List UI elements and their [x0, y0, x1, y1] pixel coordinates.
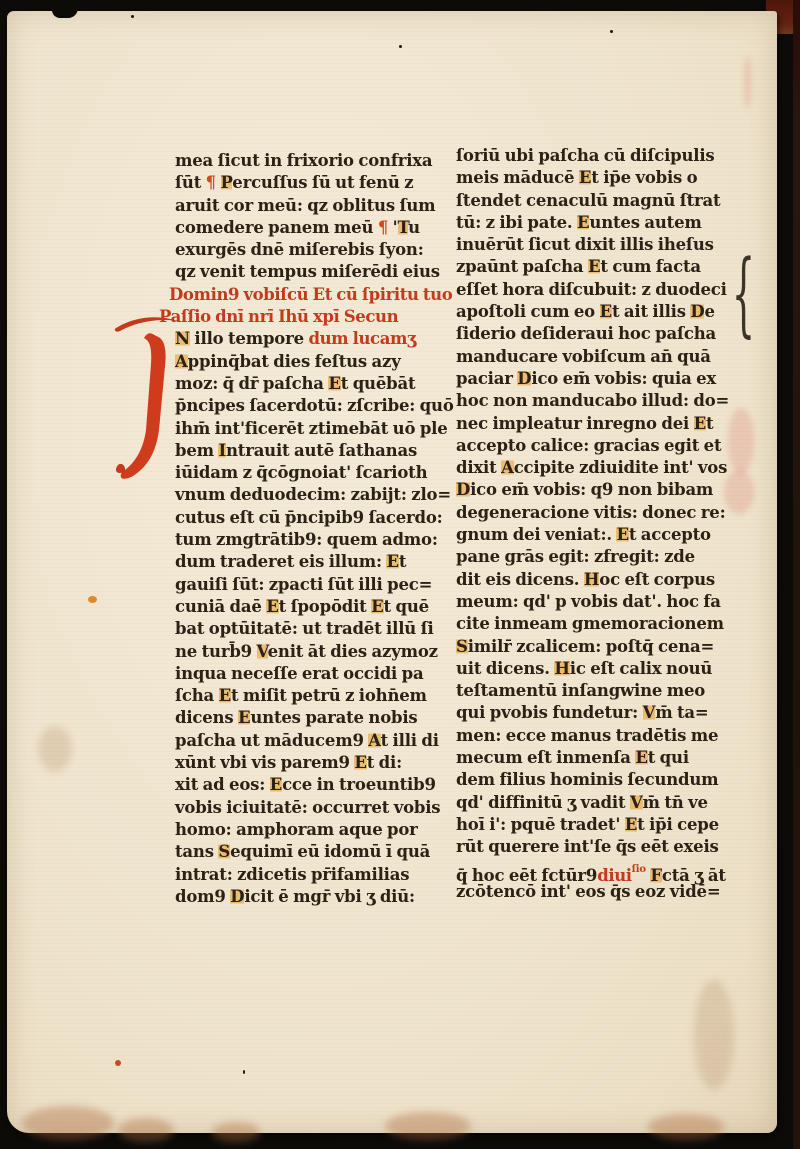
- text-line: p̄ncipes ſacerdotū: zſcribe: quō: [175, 395, 441, 417]
- body-text: t miſit petrū z iohn̄em: [231, 686, 427, 705]
- body-text: p̄ncipes ſacerdotū: zſcribe: quō: [175, 396, 454, 415]
- text-line: dit eis dicens. Hoc eſt corpus: [456, 569, 736, 591]
- text-line: zpaūnt paſcha Et cum facta: [456, 256, 736, 278]
- text-line: ne turb̄9 Venit āt dies azymoz: [175, 641, 441, 663]
- body-text: t quē: [384, 597, 429, 616]
- body-text: nec impleatur inregno dei: [456, 414, 694, 433]
- text-column-right: ſoriū ubi paſcha cū diſcipulismeis māduc…: [456, 145, 736, 903]
- body-text: dem filius hominis ſecundum: [456, 770, 718, 789]
- rubricated-initial-I: [112, 312, 182, 502]
- margin-brace-mark: {: [732, 248, 742, 344]
- body-text: t ait illis: [612, 302, 690, 321]
- body-text: zpaūnt paſcha: [456, 257, 588, 276]
- body-text: V: [643, 703, 656, 722]
- body-text: t ip̄e vobis o: [591, 168, 697, 187]
- text-line: pane grās egit: zfregit: zde: [456, 546, 736, 568]
- body-text: E: [270, 775, 282, 794]
- text-line: bat optūitatē: ut tradēt illū ſi: [175, 618, 441, 640]
- body-text: m̄ ta=: [655, 703, 708, 722]
- text-line: inqua neceſſe erat occidi pa: [175, 663, 441, 685]
- body-text: manducare vobiſcum an̄ quā: [456, 347, 711, 366]
- body-text: homo: amphoram aque por: [175, 820, 418, 839]
- body-text: illo tempore: [190, 329, 309, 348]
- book-edge-shadow: [793, 0, 800, 1149]
- text-line: N illo tempore dum lucamʒ: [175, 328, 441, 350]
- body-text: untes parate nobis: [250, 708, 417, 727]
- body-text: tū: z ibi pate.: [456, 213, 577, 232]
- text-line: meum: qd' p vobis dat'. hoc fa: [456, 591, 736, 613]
- text-line: tū: z ibi pate. Euntes autem: [456, 212, 736, 234]
- text-line: moz: q̄ dr̄ paſcha Et quēbāt: [175, 373, 441, 395]
- text-line: nec impleatur inregno dei Et: [456, 413, 736, 435]
- ink-speck: [610, 30, 613, 33]
- rubric-text: Paſſio dnī nrī Ihū xpī Secun: [159, 307, 398, 326]
- rubric-text: ſio: [632, 864, 646, 875]
- body-text: E: [579, 168, 591, 187]
- body-text: E: [600, 302, 612, 321]
- text-line: ſcha Et miſit petrū z iohn̄em: [175, 685, 441, 707]
- text-line: exurgēs dnē miſerebis ſyon:: [175, 239, 441, 261]
- photographed-manuscript-page: { "manuscript": { "description_colors": …: [0, 0, 800, 1149]
- body-text: e: [704, 302, 714, 321]
- body-text: H: [554, 659, 569, 678]
- body-text: xūnt vbi vis parem9: [175, 753, 354, 772]
- body-text: A: [368, 731, 380, 750]
- stain: [22, 1106, 114, 1140]
- text-line: vobis iciuitatē: occurret vobis: [175, 797, 441, 819]
- body-text: iūidam z q̄cōgnoiat' ſcarioth: [175, 463, 427, 482]
- rubric-text: Domin9 vobiſcū Et cū ſpiritu tuo: [169, 285, 452, 304]
- body-text: oc eſt corpus: [599, 570, 715, 589]
- text-line: cuniā daē Et ſpopōdit Et quē: [175, 596, 441, 618]
- body-text: V: [257, 642, 268, 661]
- body-text: degeneracione vitis: donec re:: [456, 503, 726, 522]
- body-text: S: [218, 842, 230, 861]
- body-text: ſūt: [175, 173, 206, 192]
- body-text: E: [694, 414, 706, 433]
- body-text: E: [588, 257, 600, 276]
- text-line: intrat: zdicetis pr̄ifamilias: [175, 864, 441, 886]
- text-line: gauiſi ſūt: zpacti ſūt illi pec=: [175, 574, 441, 596]
- body-text: paſcha ut māducem9: [175, 731, 368, 750]
- body-text: enit āt dies azymoz: [268, 642, 438, 661]
- text-line: rūt querere int'ſe q̄s eēt exeis: [456, 836, 736, 858]
- text-line: qui pvobis fundetur: Vm̄ ta=: [456, 702, 736, 724]
- body-text: P: [221, 173, 233, 192]
- text-line: dixit Accipite zdiuidite int' vos: [456, 457, 736, 479]
- body-text: t: [399, 552, 406, 571]
- body-text: hoc non manducabo illud: do=: [456, 391, 729, 410]
- text-line: dum traderet eis illum: Et: [175, 551, 441, 573]
- body-text: t cum facta: [600, 257, 701, 276]
- body-text: qui pvobis fundetur:: [456, 703, 643, 722]
- body-text: paciar: [456, 369, 517, 388]
- body-text: E: [616, 525, 628, 544]
- body-text: cce in troeuntib9: [282, 775, 436, 794]
- ink-speck: [243, 1070, 245, 1074]
- body-text: teſtamentū inſangwine meo: [456, 681, 705, 700]
- body-text: ſtendet cenaculū magnū ſtrat: [456, 191, 720, 210]
- body-text: A: [501, 458, 514, 477]
- body-text: E: [577, 213, 589, 232]
- text-line: aruit cor meū: qz oblitus ſum: [175, 195, 441, 217]
- body-text: cite inmeam gmemoracionem: [456, 614, 724, 633]
- body-text: t illi di: [381, 731, 439, 750]
- body-text: inuērūt ſicut dixit illis iheſus: [456, 235, 714, 254]
- stain: [648, 1114, 724, 1140]
- body-text: ſcha: [175, 686, 219, 705]
- pigment-dot: [88, 596, 97, 603]
- body-text: moz: q̄ dr̄ paſcha: [175, 374, 328, 393]
- text-line: hoī i': pquē tradet' Et ip̄i cepe: [456, 814, 736, 836]
- body-text: cuniā daē: [175, 597, 266, 616]
- text-line: uit dicens. Hic eſt calix nouū: [456, 658, 736, 680]
- text-line: comedere panem meū ¶ 'Tu: [175, 217, 441, 239]
- body-text: m̄ tn̄ ve: [643, 793, 708, 812]
- body-text: t ip̄i cepe: [637, 815, 719, 834]
- text-line: ſūt ¶ Percuſſus ſū ut fenū z: [175, 172, 441, 194]
- pigment-dot: [115, 1060, 121, 1066]
- text-line: Dico em̄ vobis: q9 non bibam: [456, 479, 736, 501]
- body-text: ccipite zdiuidite int' vos: [514, 458, 728, 477]
- text-line: gnum dei veniat:. Et accepto: [456, 524, 736, 546]
- body-text: apoſtoli cum eo: [456, 302, 600, 321]
- body-text: pane grās egit: zfregit: zde: [456, 547, 695, 566]
- body-text: zcōtencō int' eos q̄s eoz vidē=: [456, 882, 720, 901]
- body-text: E: [238, 708, 250, 727]
- body-text: E: [219, 686, 231, 705]
- body-text: ſoriū ubi paſcha cū diſcipulis: [456, 146, 715, 165]
- body-text: t qui: [648, 748, 689, 767]
- body-text: ppinq̄bat dies feſtus azy: [188, 352, 401, 371]
- body-text: ercuſſus ſū ut fenū z: [232, 173, 413, 192]
- body-text: tum zmgtrātib9: quem admo:: [175, 530, 438, 549]
- body-text: t di:: [367, 753, 402, 772]
- text-line: paſcha ut māducem9 At illi di: [175, 730, 441, 752]
- text-line: zcōtencō int' eos q̄s eoz vidē=: [456, 881, 736, 903]
- text-line: meis māducē Et ip̄e vobis o: [456, 167, 736, 189]
- body-text: icit ē mgr̄ vbi ʒ diū:: [244, 887, 415, 906]
- body-text: mecum eſt inmenſa: [456, 748, 635, 767]
- body-text: inqua neceſſe erat occidi pa: [175, 664, 424, 683]
- body-text: eſſet hora diſcubuit: z duodeci: [456, 280, 727, 299]
- body-text: meis māducē: [456, 168, 579, 187]
- body-text: ſiderio deſideraui hoc paſcha: [456, 324, 716, 343]
- body-text: imilr̄ zcalicem: poſtq̄ cena=: [468, 637, 714, 656]
- body-text: bat optūitatē: ut tradēt illū ſi: [175, 619, 434, 638]
- text-line: qd' diffinitū ʒ vadit Vm̄ tn̄ ve: [456, 792, 736, 814]
- text-line: apoſtoli cum eo Et ait illis De: [456, 301, 736, 323]
- body-text: untes autem: [589, 213, 701, 232]
- text-line: bem Intrauit autē ſathanas: [175, 440, 441, 462]
- body-text: E: [328, 374, 340, 393]
- body-text: D: [517, 369, 531, 388]
- body-text: E: [266, 597, 278, 616]
- text-line: q̄ hoc eēt fctūr9diuiſio Fctā ʒ āt: [456, 859, 736, 881]
- text-line: men: ecce manus tradētis me: [456, 725, 736, 747]
- body-text: E: [635, 748, 647, 767]
- text-line: ſiderio deſideraui hoc paſcha: [456, 323, 736, 345]
- text-line: dom9 Dicit ē mgr̄ vbi ʒ diū:: [175, 886, 441, 908]
- stain: [212, 1122, 260, 1142]
- body-text: ihm̄ int'ficerēt ztimebāt uō ple: [175, 419, 448, 438]
- rubric-text: dum lucamʒ: [308, 329, 416, 348]
- text-line: xit ad eos: Ecce in troeuntib9: [175, 774, 441, 796]
- body-text: T: [398, 218, 409, 237]
- body-text: rūt querere int'ſe q̄s eēt exeis: [456, 837, 719, 856]
- text-column-left: mea ſicut in frixorio confrixaſūt ¶ Perc…: [175, 150, 441, 908]
- body-text: gauiſi ſūt: zpacti ſūt illi pec=: [175, 575, 432, 594]
- body-text: D: [690, 302, 704, 321]
- body-text: ico em̄ vobis: q9 non bibam: [470, 480, 713, 499]
- body-text: vnum deduodecim: zabijt: zlo=: [175, 485, 451, 504]
- text-line: inuērūt ſicut dixit illis iheſus: [456, 234, 736, 256]
- text-line: hoc non manducabo illud: do=: [456, 390, 736, 412]
- text-line: ſtendet cenaculū magnū ſtrat: [456, 190, 736, 212]
- text-line: mecum eſt inmenſa Et qui: [456, 747, 736, 769]
- body-text: ': [393, 218, 398, 237]
- text-line: dicens Euntes parate nobis: [175, 707, 441, 729]
- body-text: S: [456, 637, 468, 656]
- body-text: ico em̄ vobis: quia ex: [531, 369, 716, 388]
- text-line: accepto calice: gracias egit et: [456, 435, 736, 457]
- body-text: ntrauit autē ſathanas: [226, 441, 417, 460]
- body-text: meum: qd' p vobis dat'. hoc fa: [456, 592, 721, 611]
- body-text: t ſpopōdit: [279, 597, 372, 616]
- body-text: t: [706, 414, 713, 433]
- body-text: V: [630, 793, 643, 812]
- text-line: ſoriū ubi paſcha cū diſcipulis: [456, 145, 736, 167]
- body-text: mea ſicut in frixorio confrixa: [175, 151, 432, 170]
- text-line: mea ſicut in frixorio confrixa: [175, 150, 441, 172]
- text-line: ihm̄ int'ficerēt ztimebāt uō ple: [175, 418, 441, 440]
- red-offset-smudge: [744, 56, 751, 108]
- text-line: degeneracione vitis: donec re:: [456, 502, 736, 524]
- body-text: dicens: [175, 708, 238, 727]
- text-line: xūnt vbi vis parem9 Et di:: [175, 752, 441, 774]
- body-text: E: [625, 815, 637, 834]
- body-text: D: [230, 887, 244, 906]
- body-text: u: [408, 218, 420, 237]
- body-text: intrat: zdicetis pr̄ifamilias: [175, 865, 409, 884]
- stain: [385, 1112, 471, 1140]
- body-text: H: [584, 570, 599, 589]
- text-line: Paſſio dnī nrī Ihū xpī Secun: [159, 306, 441, 328]
- stain: [694, 980, 734, 1090]
- body-text: aruit cor meū: qz oblitus ſum: [175, 196, 435, 215]
- stain: [38, 726, 72, 772]
- body-text: comedere panem meū: [175, 218, 378, 237]
- body-text: tans: [175, 842, 218, 861]
- text-line: dem filius hominis ſecundum: [456, 769, 736, 791]
- body-text: ic eſt calix nouū: [570, 659, 712, 678]
- text-line: vnum deduodecim: zabijt: zlo=: [175, 484, 441, 506]
- body-text: dum traderet eis illum:: [175, 552, 386, 571]
- ink-speck: [131, 15, 134, 18]
- text-line: tum zmgtrātib9: quem admo:: [175, 529, 441, 551]
- body-text: accepto calice: gracias egit et: [456, 436, 721, 455]
- body-text: ne turb̄9: [175, 642, 257, 661]
- text-line: homo: amphoram aque por: [175, 819, 441, 841]
- body-text: dixit: [456, 458, 501, 477]
- text-line: cutus eſt cū p̄ncipib9 ſacerdo:: [175, 507, 441, 529]
- stain: [118, 1118, 174, 1142]
- ink-speck: [399, 45, 402, 48]
- body-text: xit ad eos:: [175, 775, 270, 794]
- text-line: cite inmeam gmemoracionem: [456, 613, 736, 635]
- body-text: dom9: [175, 887, 230, 906]
- body-text: cutus eſt cū p̄ncipib9 ſacerdo:: [175, 508, 443, 527]
- body-text: E: [354, 753, 366, 772]
- body-text: uit dicens.: [456, 659, 554, 678]
- body-text: men: ecce manus tradētis me: [456, 726, 718, 745]
- text-line: manducare vobiſcum an̄ quā: [456, 346, 736, 368]
- body-text: ¶: [206, 173, 221, 192]
- text-line: qz venit tempus miſerēdi eius: [175, 261, 441, 283]
- text-line: Domin9 vobiſcū Et cū ſpiritu tuo: [169, 284, 441, 306]
- body-text: ¶: [378, 218, 393, 237]
- body-text: qd' diffinitū ʒ vadit: [456, 793, 630, 812]
- body-text: qz venit tempus miſerēdi eius: [175, 262, 440, 281]
- body-text: dit eis dicens.: [456, 570, 584, 589]
- text-line: paciar Dico em̄ vobis: quia ex: [456, 368, 736, 390]
- text-line: Appinq̄bat dies feſtus azy: [175, 351, 441, 373]
- text-line: eſſet hora diſcubuit: z duodeci: [456, 279, 736, 301]
- body-text: gnum dei veniat:.: [456, 525, 616, 544]
- body-text: E: [386, 552, 398, 571]
- body-text: t quēbāt: [341, 374, 416, 393]
- body-text: vobis iciuitatē: occurret vobis: [175, 798, 440, 817]
- text-line: Similr̄ zcalicem: poſtq̄ cena=: [456, 636, 736, 658]
- text-line: teſtamentū inſangwine meo: [456, 680, 736, 702]
- body-text: I: [218, 441, 226, 460]
- red-offset-smudge: [728, 408, 754, 474]
- body-text: equimī eū idomū ī quā: [230, 842, 430, 861]
- body-text: hoī i': pquē tradet': [456, 815, 625, 834]
- text-line: tans Sequimī eū idomū ī quā: [175, 841, 441, 863]
- body-text: D: [456, 480, 470, 499]
- red-offset-smudge: [724, 470, 754, 514]
- text-line: iūidam z q̄cōgnoiat' ſcarioth: [175, 462, 441, 484]
- body-text: t accepto: [629, 525, 711, 544]
- body-text: exurgēs dnē miſerebis ſyon:: [175, 240, 424, 259]
- body-text: E: [371, 597, 383, 616]
